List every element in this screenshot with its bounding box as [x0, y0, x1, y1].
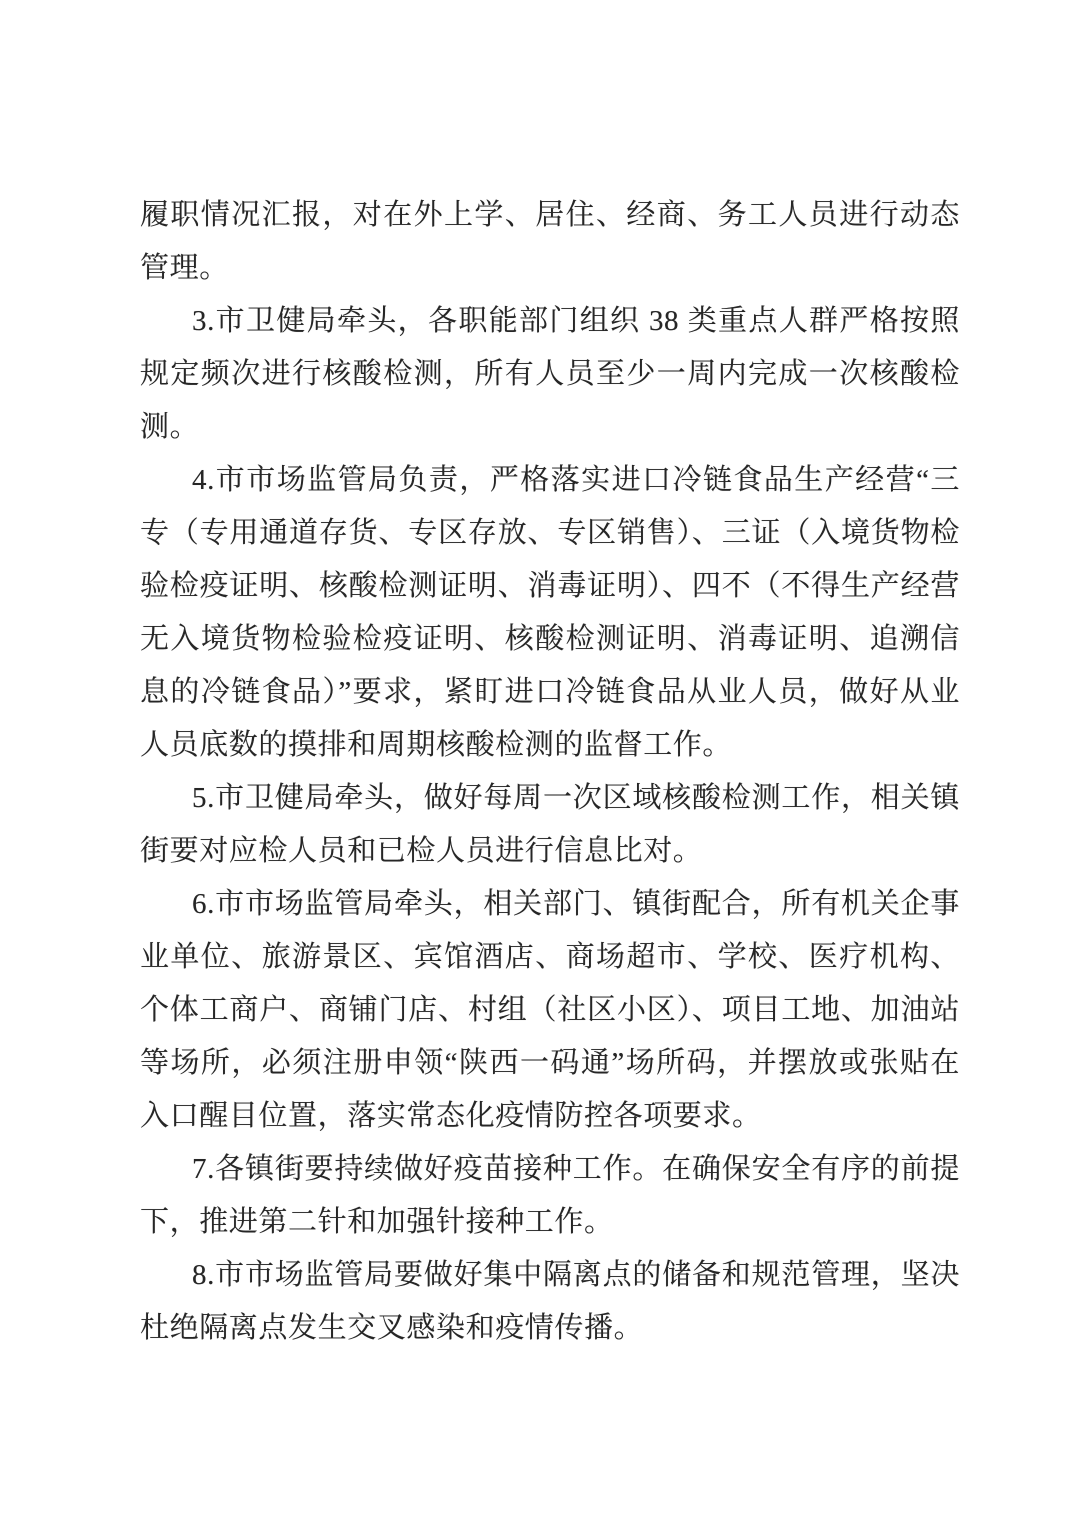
- paragraph-item-7: 7.各镇街要持续做好疫苗接种工作。在确保安全有序的前提下，推进第二针和加强针接种…: [140, 1143, 960, 1249]
- paragraph-item-4: 4.市市场监管局负责，严格落实进口冷链食品生产经营“三专（专用通道存货、专区存放…: [140, 454, 960, 772]
- paragraph-item-8: 8.市市场监管局要做好集中隔离点的储备和规范管理，坚决杜绝隔离点发生交叉感染和疫…: [140, 1249, 960, 1355]
- paragraph-continuation: 履职情况汇报，对在外上学、居住、经商、务工人员进行动态管理。: [140, 189, 960, 295]
- paragraph-item-3: 3.市卫健局牵头，各职能部门组织 38 类重点人群严格按照规定频次进行核酸检测，…: [140, 295, 960, 454]
- paragraph-item-5: 5.市卫健局牵头，做好每周一次区域核酸检测工作，相关镇街要对应检人员和已检人员进…: [140, 772, 960, 878]
- document-page: 履职情况汇报，对在外上学、居住、经商、务工人员进行动态管理。 3.市卫健局牵头，…: [0, 0, 1080, 1527]
- document-body-text: 履职情况汇报，对在外上学、居住、经商、务工人员进行动态管理。 3.市卫健局牵头，…: [140, 189, 960, 1355]
- paragraph-item-6: 6.市市场监管局牵头，相关部门、镇街配合，所有机关企事业单位、旅游景区、宾馆酒店…: [140, 878, 960, 1143]
